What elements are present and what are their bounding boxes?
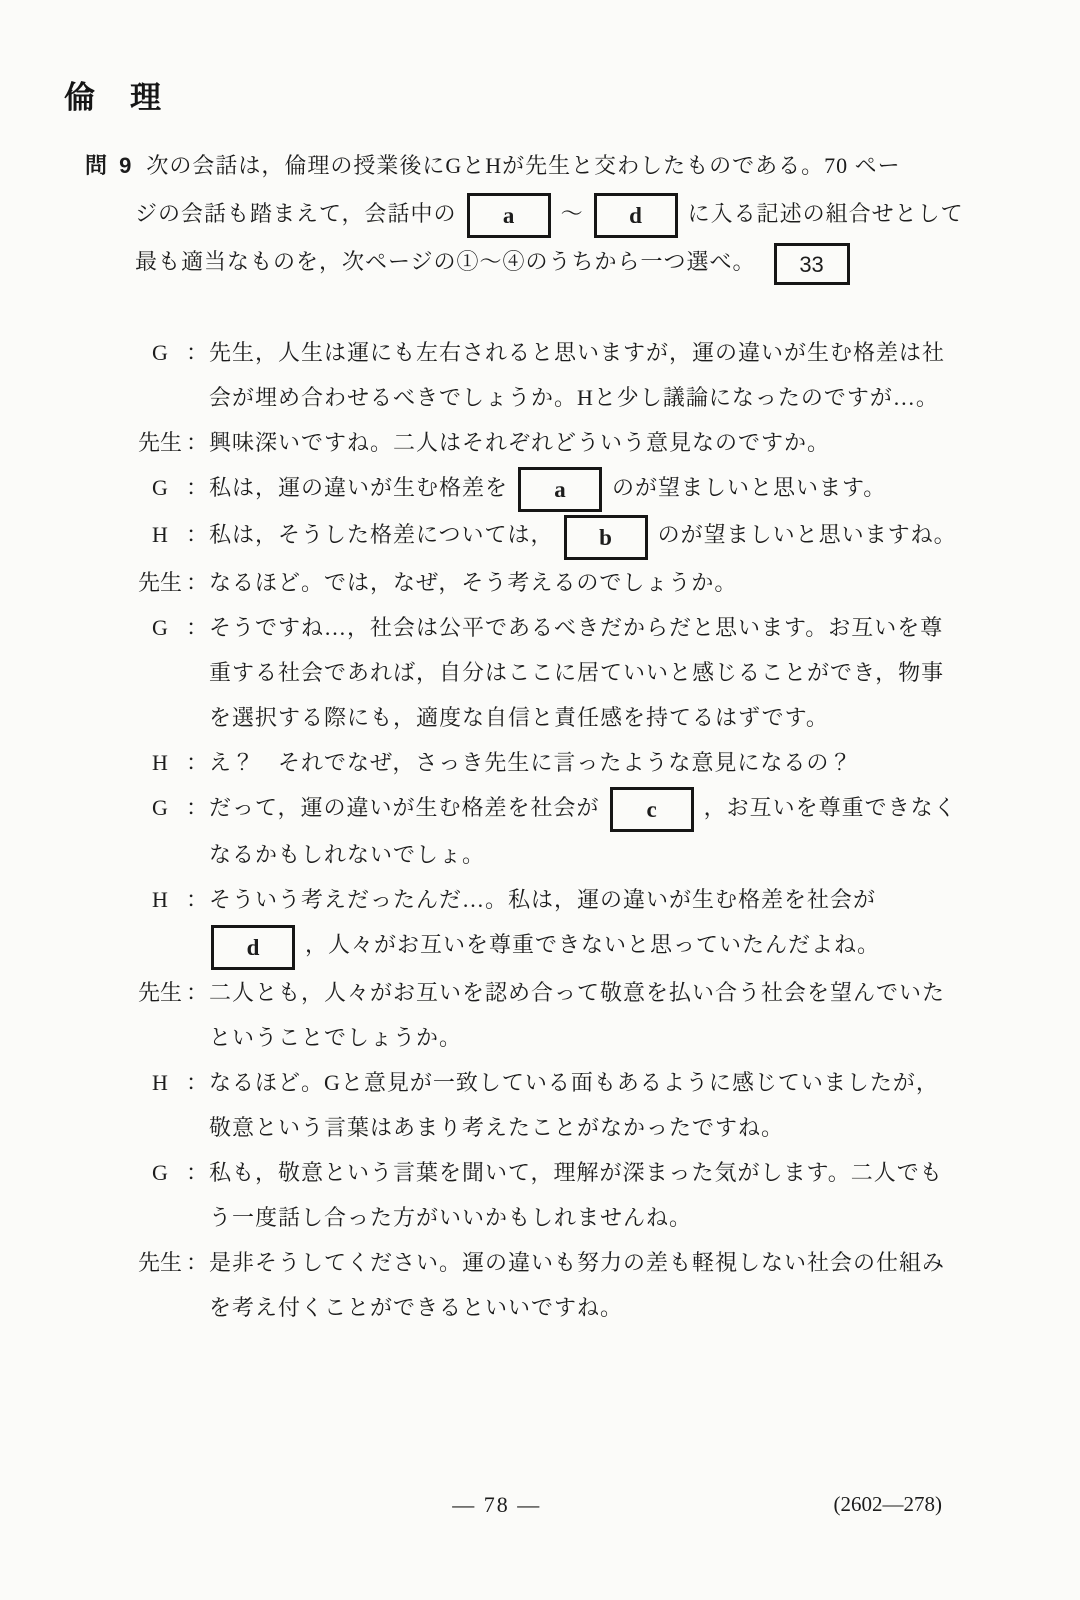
dialogue-line: d，人々がお互いを尊重できないと思っていたんだよね。: [135, 922, 990, 969]
speaker-label: H: [135, 877, 185, 922]
dialogue-text-segment: 私は，運の違いが生む格差を: [209, 475, 508, 500]
speaker-label: G: [135, 465, 185, 510]
speaker-colon: ：: [185, 740, 209, 785]
answer-box-b: b: [564, 515, 648, 560]
speaker-label: G: [135, 330, 185, 375]
dialogue-text-segment: なるほど。Gと意見が一致している面もあるように感じていましたが，: [209, 1070, 939, 1095]
dialogue-text: そうですね…，社会は公平であるべきだからだと思います。お互いを尊: [209, 605, 990, 650]
speaker-colon: ：: [185, 877, 209, 922]
dialogue-line: H：なるほど。Gと意見が一致している面もあるように感じていましたが，: [135, 1060, 990, 1105]
dialogue-line: う一度話し合った方がいいかもしれませんね。: [135, 1195, 990, 1240]
dialogue-text-segment: え？ それでなぜ，さっき先生に言ったような意見になるの？: [209, 750, 852, 775]
dialogue-block: G：先生，人生は運にも左右されると思いますが，運の違いが生む格差は社会が埋め合わ…: [135, 330, 990, 1330]
dialogue-line: H：そういう考えだったんだ…。私は，運の違いが生む格差を社会が: [135, 877, 990, 922]
dialogue-text: そういう考えだったんだ…。私は，運の違いが生む格差を社会が: [209, 877, 990, 922]
speaker-colon: ：: [185, 1240, 209, 1285]
dialogue-text: え？ それでなぜ，さっき先生に言ったような意見になるの？: [209, 740, 990, 785]
dialogue-line: 重する社会であれば，自分はここに居ていいと感じることができ，物事: [135, 650, 990, 695]
dialogue-text-segment: 二人とも，人々がお互いを認め合って敬意を払い合う社会を望んでいた: [209, 980, 945, 1005]
dialogue-text-segment: なるかもしれないでしょ。: [209, 842, 485, 867]
dialogue-line: 敬意という言葉はあまり考えたことがなかったですね。: [135, 1105, 990, 1150]
print-code: (2602—278): [834, 1492, 943, 1517]
dialogue-text-segment: のが望ましいと思いますね。: [658, 522, 957, 547]
dialogue-line: G：私も，敬意という言葉を聞いて，理解が深まった気がします。二人でも: [135, 1150, 990, 1195]
dialogue-line: 先生：二人とも，人々がお互いを認め合って敬意を払い合う社会を望んでいた: [135, 970, 990, 1015]
dialogue-text-segment: 会が埋め合わせるべきでしょうか。Hと少し議論になったのですが…。: [209, 385, 939, 410]
dialogue-text-segment: 先生，人生は運にも左右されると思いますが，運の違いが生む格差は社: [209, 340, 945, 365]
dialogue-text: 私も，敬意という言葉を聞いて，理解が深まった気がします。二人でも: [209, 1150, 990, 1195]
dialogue-line: を選択する際にも，適度な自信と責任感を持てるはずです。: [135, 695, 990, 740]
dialogue-text: だって，運の違いが生む格差を社会がc，お互いを尊重できなく: [209, 785, 990, 832]
dialogue-line: G：そうですね…，社会は公平であるべきだからだと思います。お互いを尊: [135, 605, 990, 650]
dialogue-text: 敬意という言葉はあまり考えたことがなかったですね。: [209, 1105, 990, 1150]
speaker-colon: ：: [185, 785, 209, 830]
dialogue-text-segment: を選択する際にも，適度な自信と責任感を持てるはずです。: [209, 705, 829, 730]
dialogue-line: 先生：興味深いですね。二人はそれぞれどういう意見なのですか。: [135, 420, 990, 465]
dialogue-text: ということでしょうか。: [209, 1015, 990, 1060]
tilde-separator: ～: [561, 201, 584, 226]
speaker-colon: ：: [185, 970, 209, 1015]
dialogue-text: を考え付くことができるといいですね。: [209, 1285, 990, 1330]
page-number: — 78 —: [452, 1492, 541, 1518]
dialogue-text: なるかもしれないでしょ。: [209, 832, 990, 877]
answer-box-d-reference: d: [594, 193, 678, 238]
question-text-line2-post: に入る記述の組合せとして: [688, 201, 964, 226]
speaker-label: 先生: [135, 1240, 185, 1285]
dialogue-text-segment: のが望ましいと思います。: [612, 475, 886, 500]
dialogue-text-segment: ということでしょうか。: [209, 1025, 462, 1050]
dialogue-line: 先生：是非そうしてください。運の違いも努力の差も軽視しない社会の仕組み: [135, 1240, 990, 1285]
dialogue-line: ということでしょうか。: [135, 1015, 990, 1060]
speaker-colon: ：: [185, 420, 209, 465]
speaker-label: G: [135, 1150, 185, 1195]
question-number-label: 問 9: [85, 153, 134, 178]
dialogue-line: G：私は，運の違いが生む格差をaのが望ましいと思います。: [135, 465, 990, 512]
dialogue-text: 私は，そうした格差については，bのが望ましいと思いますね。: [209, 512, 990, 559]
speaker-colon: ：: [185, 330, 209, 375]
speaker-label: G: [135, 605, 185, 650]
question-line-3: 最も適当なものを，次ページの①～④のうちから一つ選べ。33: [85, 238, 980, 286]
exam-page: 倫 理 問 9次の会話は，倫理の授業後にGとHが先生と交わしたものである。70 …: [0, 0, 1080, 1600]
answer-number-box: 33: [774, 243, 850, 285]
speaker-label: 先生: [135, 560, 185, 605]
dialogue-text: 会が埋め合わせるべきでしょうか。Hと少し議論になったのですが…。: [209, 375, 990, 420]
dialogue-text: を選択する際にも，適度な自信と責任感を持てるはずです。: [209, 695, 990, 740]
speaker-colon: ：: [185, 465, 209, 510]
dialogue-text-segment: ，お互いを尊重できなく: [704, 795, 957, 820]
dialogue-line: H：私は，そうした格差については，bのが望ましいと思いますね。: [135, 512, 990, 559]
dialogue-text: 重する社会であれば，自分はここに居ていいと感じることができ，物事: [209, 650, 990, 695]
speaker-colon: ：: [185, 512, 209, 557]
dialogue-line: 会が埋め合わせるべきでしょうか。Hと少し議論になったのですが…。: [135, 375, 990, 420]
dialogue-text-segment: 私は，そうした格差については，: [209, 522, 554, 547]
page-title: 倫 理: [64, 72, 163, 117]
dialogue-text-segment: う一度話し合った方がいいかもしれませんね。: [209, 1205, 692, 1230]
answer-box-a-reference: a: [467, 193, 551, 238]
dialogue-text: う一度話し合った方がいいかもしれませんね。: [209, 1195, 990, 1240]
speaker-label: 先生: [135, 420, 185, 465]
dialogue-text-segment: 是非そうしてください。運の違いも努力の差も軽視しない社会の仕組み: [209, 1250, 945, 1275]
dialogue-line: G：先生，人生は運にも左右されると思いますが，運の違いが生む格差は社: [135, 330, 990, 375]
speaker-colon: ：: [185, 1150, 209, 1195]
speaker-label: H: [135, 512, 185, 557]
answer-box-d: d: [211, 925, 295, 970]
dialogue-text: なるほど。Gと意見が一致している面もあるように感じていましたが，: [209, 1060, 990, 1105]
speaker-label: G: [135, 785, 185, 830]
question-text-line1: 次の会話は，倫理の授業後にGとHが先生と交わしたものである。70 ペー: [146, 153, 900, 178]
question-text-line2-pre: ジの会話も踏まえて，会話中の: [135, 201, 457, 226]
dialogue-text-segment: 興味深いですね。二人はそれぞれどういう意見なのですか。: [209, 430, 830, 455]
speaker-colon: ：: [185, 560, 209, 605]
dialogue-text-segment: を考え付くことができるといいですね。: [209, 1295, 623, 1320]
speaker-colon: ：: [185, 1060, 209, 1105]
page-footer: — 78 — (2602—278): [0, 1492, 1080, 1522]
dialogue-text: 是非そうしてください。運の違いも努力の差も軽視しない社会の仕組み: [209, 1240, 990, 1285]
dialogue-line: を考え付くことができるといいですね。: [135, 1285, 990, 1330]
dialogue-text: d，人々がお互いを尊重できないと思っていたんだよね。: [209, 922, 990, 969]
dialogue-text: 興味深いですね。二人はそれぞれどういう意見なのですか。: [209, 420, 990, 465]
dialogue-line: G：だって，運の違いが生む格差を社会がc，お互いを尊重できなく: [135, 785, 990, 832]
dialogue-text-segment: そういう考えだったんだ…。私は，運の違いが生む格差を社会が: [209, 887, 876, 912]
dialogue-line: なるかもしれないでしょ。: [135, 832, 990, 877]
speaker-colon: ：: [185, 605, 209, 650]
dialogue-line: 先生：なるほど。では，なぜ，そう考えるのでしょうか。: [135, 560, 990, 605]
question-block: 問 9次の会話は，倫理の授業後にGとHが先生と交わしたものである。70 ペー ジ…: [85, 142, 980, 286]
speaker-label: 先生: [135, 970, 185, 1015]
question-text-line3: 最も適当なものを，次ページの①～④のうちから一つ選べ。: [135, 249, 756, 274]
dialogue-text: 二人とも，人々がお互いを認め合って敬意を払い合う社会を望んでいた: [209, 970, 990, 1015]
speaker-label: H: [135, 740, 185, 785]
answer-box-c: c: [610, 787, 694, 832]
dialogue-text-segment: ，人々がお互いを尊重できないと思っていたんだよね。: [305, 932, 880, 957]
speaker-label: H: [135, 1060, 185, 1105]
question-line-2: ジの会話も踏まえて，会話中のa～dに入る記述の組合せとして: [85, 190, 980, 238]
dialogue-text-segment: 私も，敬意という言葉を聞いて，理解が深まった気がします。二人でも: [209, 1160, 943, 1185]
dialogue-text-segment: なるほど。では，なぜ，そう考えるのでしょうか。: [209, 570, 737, 595]
question-line-1: 問 9次の会話は，倫理の授業後にGとHが先生と交わしたものである。70 ペー: [85, 142, 980, 190]
dialogue-text: 私は，運の違いが生む格差をaのが望ましいと思います。: [209, 465, 990, 512]
dialogue-text: なるほど。では，なぜ，そう考えるのでしょうか。: [209, 560, 990, 605]
dialogue-text: 先生，人生は運にも左右されると思いますが，運の違いが生む格差は社: [209, 330, 990, 375]
dialogue-text-segment: だって，運の違いが生む格差を社会が: [209, 795, 600, 820]
answer-box-a: a: [518, 467, 602, 512]
dialogue-text-segment: 敬意という言葉はあまり考えたことがなかったですね。: [209, 1115, 784, 1140]
dialogue-text-segment: そうですね…，社会は公平であるべきだからだと思います。お互いを尊: [209, 615, 943, 640]
dialogue-text-segment: 重する社会であれば，自分はここに居ていいと感じることができ，物事: [209, 660, 944, 685]
dialogue-line: H：え？ それでなぜ，さっき先生に言ったような意見になるの？: [135, 740, 990, 785]
